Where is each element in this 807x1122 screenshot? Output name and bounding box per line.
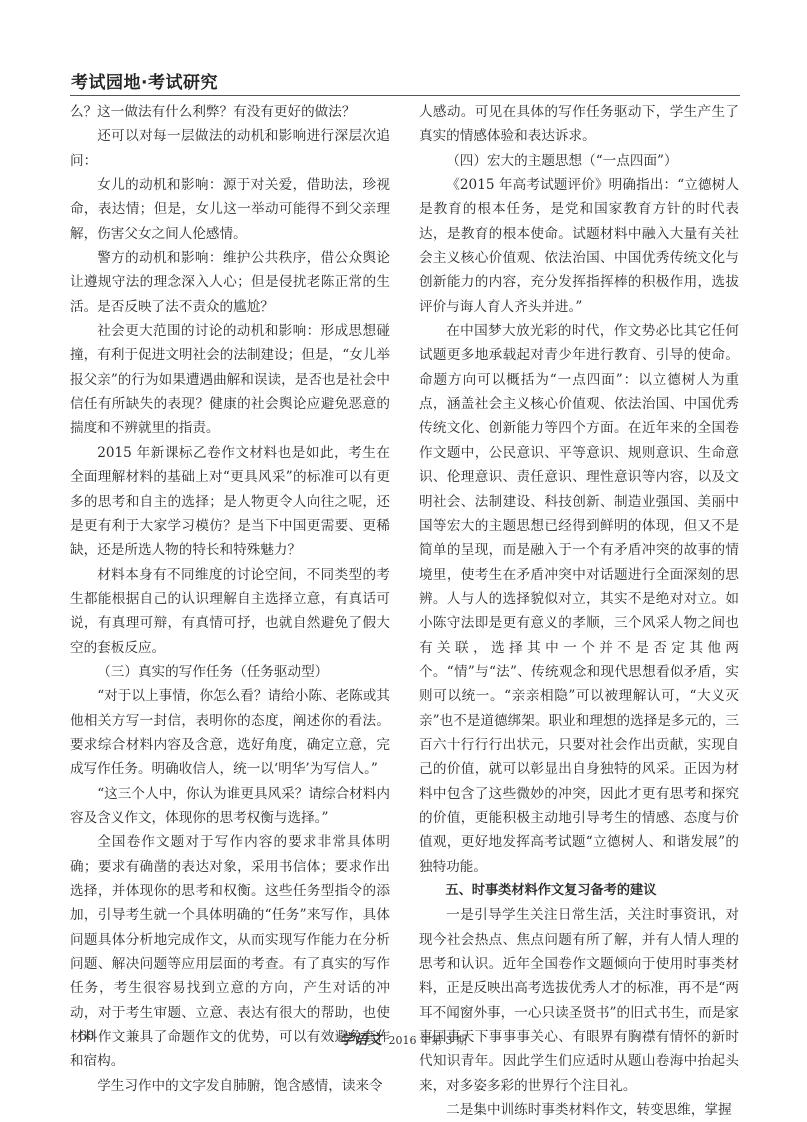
left-column: 么？这一做法有什么利弊？有没有更好的做法？ 还可以对每一层做法的动机和影响进行深… [70, 100, 390, 1098]
paragraph: 材料本身有不同维度的讨论空间，不同类型的考生都能根据自己的认识理解自主选择立意，… [70, 563, 390, 660]
subheading: （四）宏大的主题思想（“一点四面”） [419, 149, 739, 173]
section-title: 考试园地·考试研究 [71, 68, 218, 93]
paragraph: 么？这一做法有什么利弊？有没有更好的做法？ [70, 100, 390, 124]
subheading: （三）真实的写作任务（任务驱动型） [70, 660, 390, 684]
paragraph: 学生习作中的文字发自肺腑，饱含感情，读来令 [70, 1074, 390, 1098]
paragraph: 女儿的动机和影响：源于对关爱，借助法，珍视命，表达情；但是，女儿这一举动可能得不… [70, 173, 390, 246]
quote-paragraph: “这三个人中，你认为谁更具风采？请综合材料内容及含义作文，体现你的思考权衡与选择… [70, 782, 390, 831]
paragraph: 《2015 年高考试题评价》明确指出：“立德树人是教育的根本任务，是党和国家教育… [419, 173, 739, 319]
journal-footer: 学语文 2016 年第 3 期 [340, 1029, 467, 1049]
paragraph: 人感动。可见在具体的写作任务驱动下，学生产生了真实的情感体验和表达诉求。 [419, 100, 739, 149]
paragraph: 警方的动机和影响：维护公共秩序，借公众舆论让遵规守法的理念深入人心；但是侵扰老陈… [70, 246, 390, 319]
paragraph: 一是引导学生关注日常生活，关注时事资讯，对现今社会热点、焦点问题有所了解，并有人… [419, 903, 739, 1098]
quote-paragraph: “对于以上事情，你怎么看？请给小陈、老陈或其他相关方写一封信，表明你的态度，阐述… [70, 684, 390, 781]
right-column: 人感动。可见在具体的写作任务驱动下，学生产生了真实的情感体验和表达诉求。 （四）… [419, 100, 739, 1122]
section-heading: 五、时事类材料作文复习备考的建议 [419, 879, 739, 903]
paragraph: 社会更大范围的讨论的动机和影响：形成思想碰撞，有利于促进文明社会的法制建设；但是… [70, 319, 390, 441]
paragraph: 在中国梦大放光彩的时代，作文势必比其它任何试题更多地承载起对青少年进行教育、引导… [419, 319, 739, 879]
paragraph: 二是集中训练时事类材料作文，转变思维，掌握 [419, 1098, 739, 1122]
paragraph: 还可以对每一层做法的动机和影响进行深层次追问： [70, 124, 390, 173]
journal-issue: 2016 年第 3 期 [389, 1034, 467, 1047]
paragraph: 2015 年新课标乙卷作文材料也是如此，考生在全面理解材料的基础上对“更具风采”… [70, 441, 390, 563]
page-number: 60 [79, 1028, 94, 1045]
journal-name: 学语文 [340, 1032, 382, 1048]
running-header: 考试园地·考试研究 [70, 68, 740, 96]
